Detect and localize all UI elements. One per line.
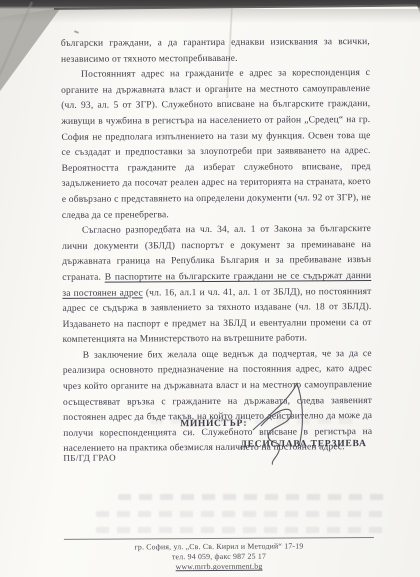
letter-body: български граждани, а да гарантира еднак… <box>61 35 373 458</box>
reference-code: ПБ/ГД ГРАО <box>63 453 116 463</box>
letter-content: български граждани, а да гарантира еднак… <box>0 0 420 577</box>
footer-website: www.mrrb.government.bg <box>64 561 374 573</box>
body-paragraph-1: български граждани, а да гарантира еднак… <box>61 35 370 68</box>
signer-title: МИНИСТЪР: <box>180 418 247 429</box>
scanned-letter: български граждани, а да гарантира еднак… <box>0 0 420 577</box>
body-paragraph-2: Постоянният адрес на гражданите е адрес … <box>61 66 371 224</box>
signer-name: ДЕСИСЛАВА ТЕРЗИЕВА <box>240 438 366 450</box>
letterhead-footer: гр. София, ул. „Св. Св. Кирил и Методий“… <box>64 537 374 574</box>
body-paragraph-3: Съгласно разпоредбата на чл. 34, ал. 1 о… <box>62 222 372 349</box>
